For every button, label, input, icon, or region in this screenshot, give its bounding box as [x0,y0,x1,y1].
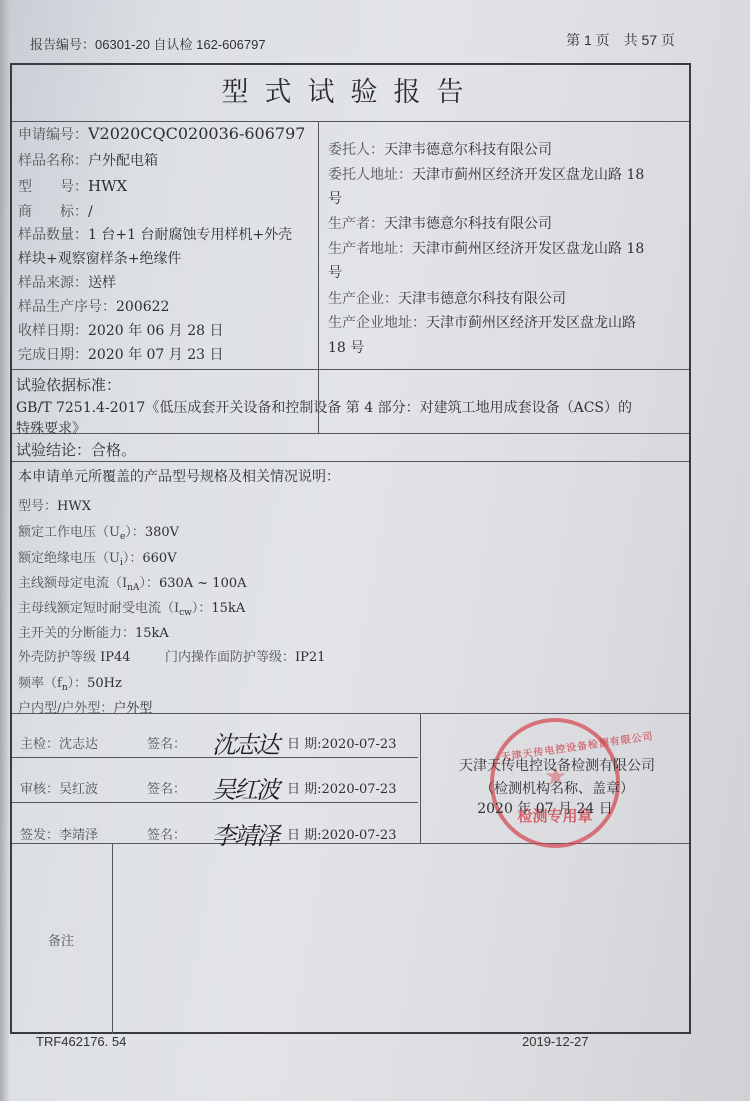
sign-label: 签名： [147,733,186,752]
sample-quantity: 样品数量：1 台+1 台耐腐蚀专用样机+外壳 [18,224,292,244]
sign-label: 签名： [147,824,186,843]
spec-busbar-current: 主线额母定电流（InA）：630A ~ 100A [18,572,247,593]
specs-heading: 本申请单元所覆盖的产品型号规格及相关情况说明： [18,466,340,486]
sample-quantity-cont: 样块+观察窗样条+绝缘件 [18,248,181,268]
divider [12,369,689,370]
report-number: 报告编号：06301-20 自认检 162-606797 [30,34,266,53]
application-number: 申请编号：V2020CQC020036-606797 [18,124,305,144]
reviewer: 审核：吴红波 [20,778,98,797]
divider [12,121,689,122]
testing-org-note: （检测机构名称、盖章） [432,778,682,798]
sign-date: 日 期:2020-07-23 [287,733,396,752]
testing-org-name: 天津天传电控设备检测有限公司 [432,755,682,775]
manufacturer-address-cont: 18 号 [328,337,364,357]
report-title: 型式试验报告 [12,70,689,109]
column-divider [420,713,421,843]
model: 型 号：HWX [18,176,127,196]
receipt-date: 收样日期：2020 年 06 月 28 日 [18,320,224,340]
standard-line1: GB/T 7251.4-2017《低压成套开关设备和控制设备 第 4 部分：对建… [16,397,632,417]
page-edge-shadow [0,0,10,1101]
completion-date: 完成日期：2020 年 07 月 23 日 [18,344,224,364]
remarks-label: 备注 [48,930,74,949]
sample-source: 样品来源：送样 [18,272,116,292]
column-divider [318,121,319,433]
spec-breaking-capacity: 主开关的分断能力：15kA [18,622,169,641]
test-conclusion: 试验结论：合格。 [16,439,136,460]
spec-rated-voltage: 额定工作电压（Ue）：380V [18,521,179,542]
standard-label: 试验依据标准： [16,374,121,395]
production-serial: 样品生产序号：200622 [18,296,169,316]
handwritten-signature: 沈志达 [212,725,278,760]
client-address: 委托人地址：天津市蓟州区经济开发区盘龙山路 18 [328,164,644,184]
handwritten-signature: 李靖泽 [212,816,278,851]
spec-door-ip: 门内操作面防护等级：IP21 [165,646,325,665]
form-date: 2019-12-27 [522,1034,589,1049]
spec-indoor-outdoor: 户内型/户外型：户外型 [18,697,152,716]
sign-label: 签名： [147,778,186,797]
spec-short-time-current: 主母线额定短时耐受电流（Icw）：15kA [18,597,245,618]
manufacturer-address: 生产企业地址：天津市蓟州区经济开发区盘龙山路 [328,312,636,332]
issue-date: 2020 年 07 月 24 日 [420,798,670,818]
trademark: 商 标：/ [18,201,93,221]
spec-insulation-voltage: 额定绝缘电压（Ui）：660V [18,547,177,568]
client: 委托人：天津韦德意尔科技有限公司 [328,139,552,159]
producer-address: 生产者地址：天津市蓟州区经济开发区盘龙山路 18 [328,238,644,258]
standard-line2: 特殊要求》 [16,418,86,438]
inspector: 主检：沈志达 [20,733,98,752]
client-address-cont: 号 [328,188,342,208]
form-code: TRF462176. 54 [36,1034,126,1049]
divider [12,461,689,462]
handwritten-signature: 吴红波 [212,770,278,805]
spec-frequency: 频率（fn）：50Hz [18,672,122,693]
page-info: 第 1 页 共 57 页 [566,30,675,50]
approver: 签发：李靖泽 [20,824,98,843]
column-divider [112,843,113,1034]
sample-name: 样品名称：户外配电箱 [18,150,158,170]
sign-date: 日 期:2020-07-23 [287,778,396,797]
spec-model: 型号：HWX [18,495,91,514]
spec-enclosure-ip: 外壳防护等级 IP44 [18,646,131,665]
producer: 生产者：天津韦德意尔科技有限公司 [328,213,552,233]
manufacturer: 生产企业：天津韦德意尔科技有限公司 [328,288,566,308]
divider [12,433,689,434]
divider [12,843,689,844]
producer-address-cont: 号 [328,262,342,282]
sign-date: 日 期:2020-07-23 [287,824,396,843]
